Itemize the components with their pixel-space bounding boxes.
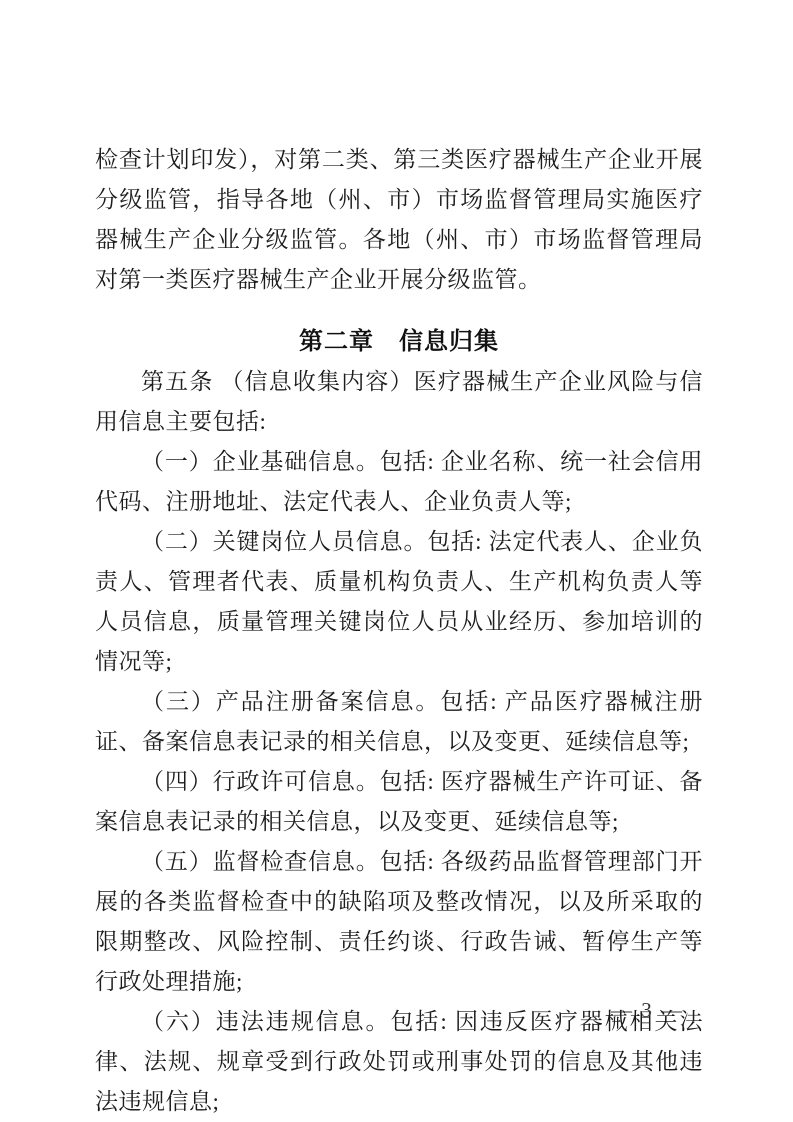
page-number: — 3 — — [580, 997, 715, 1023]
item-paragraph-1: （一）企业基础信息。包括: 企业名称、统一社会信用代码、注册地址、法定代表人、企… — [95, 442, 703, 522]
chapter-heading: 第二章 信息归集 — [95, 322, 703, 362]
item-paragraph-3: （三）产品注册备案信息。包括: 产品医疗器械注册证、备案信息表记录的相关信息，以… — [95, 682, 703, 762]
item-paragraph-2: （二）关键岗位人员信息。包括: 法定代表人、企业负责人、管理者代表、质量机构负责… — [95, 522, 703, 682]
item-paragraph-5: （五）监督检查信息。包括: 各级药品监督管理部门开展的各类监督检查中的缺陷项及整… — [95, 842, 703, 1002]
item-paragraph-4: （四）行政许可信息。包括: 医疗器械生产许可证、备案信息表记录的相关信息，以及变… — [95, 762, 703, 842]
document-body: 检查计划印发），对第二类、第三类医疗器械生产企业开展分级监管，指导各地（州、市）… — [95, 140, 703, 1122]
document-page: 检查计划印发），对第二类、第三类医疗器械生产企业开展分级监管，指导各地（州、市）… — [0, 0, 793, 1122]
article-5-paragraph: 第五条 （信息收集内容）医疗器械生产企业风险与信用信息主要包括: — [95, 362, 703, 442]
intro-paragraph: 检查计划印发），对第二类、第三类医疗器械生产企业开展分级监管，指导各地（州、市）… — [95, 140, 703, 300]
